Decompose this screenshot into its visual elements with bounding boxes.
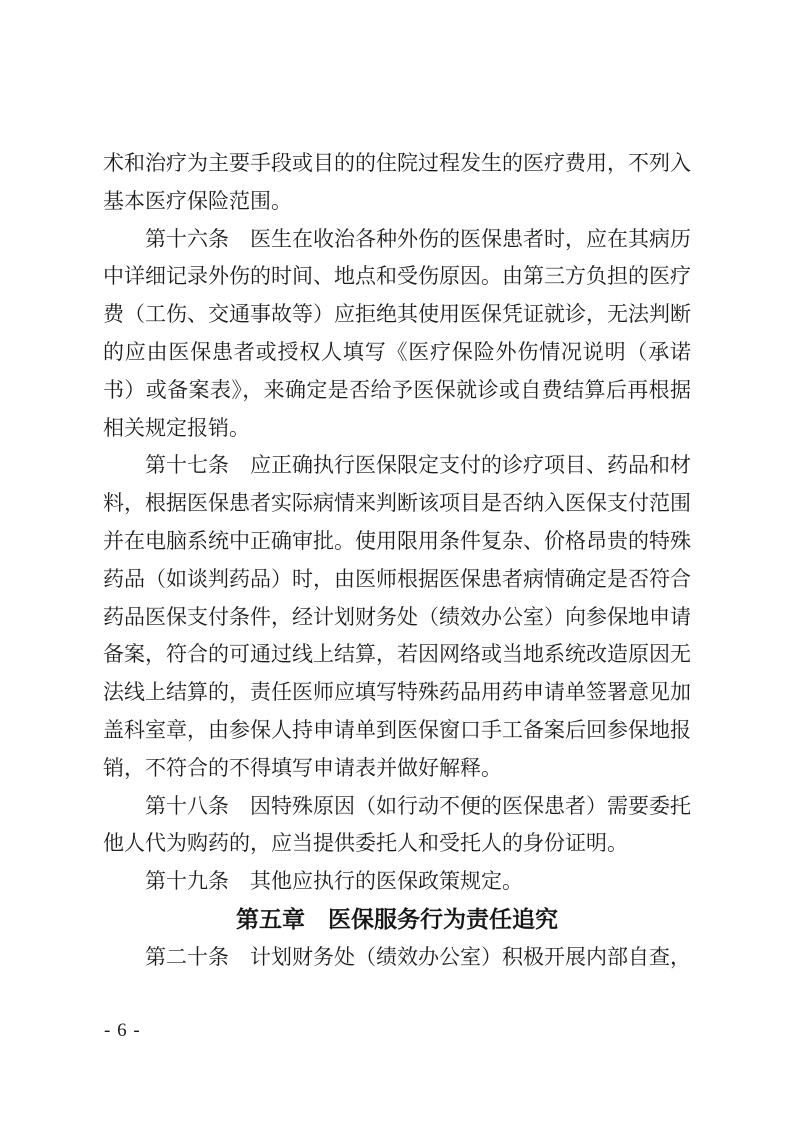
paragraph: 第二十条 计划财务处（绩效办公室）积极开展内部自查， (103, 939, 691, 977)
page-number: - 6 - (104, 1019, 141, 1043)
chapter-heading: 第五章 医保服务行为责任追究 (103, 901, 691, 939)
paragraph: 第十七条 应正确执行医保限定支付的诊疗项目、药品和材料，根据医保患者实际病情来判… (103, 447, 691, 787)
paragraph: 术和治疗为主要手段或目的的住院过程发生的医疗费用，不列入基本医疗保险范围。 (103, 145, 691, 221)
document-body: 术和治疗为主要手段或目的的住院过程发生的医疗费用，不列入基本医疗保险范围。第十六… (103, 145, 691, 977)
paragraph: 第十六条 医生在收治各种外伤的医保患者时，应在其病历中详细记录外伤的时间、地点和… (103, 221, 691, 448)
document-page: 术和治疗为主要手段或目的的住院过程发生的医疗费用，不列入基本医疗保险范围。第十六… (0, 0, 794, 1123)
paragraph: 第十八条 因特殊原因（如行动不便的医保患者）需要委托他人代为购药的，应当提供委托… (103, 788, 691, 864)
paragraph: 第十九条 其他应执行的医保政策规定。 (103, 863, 691, 901)
